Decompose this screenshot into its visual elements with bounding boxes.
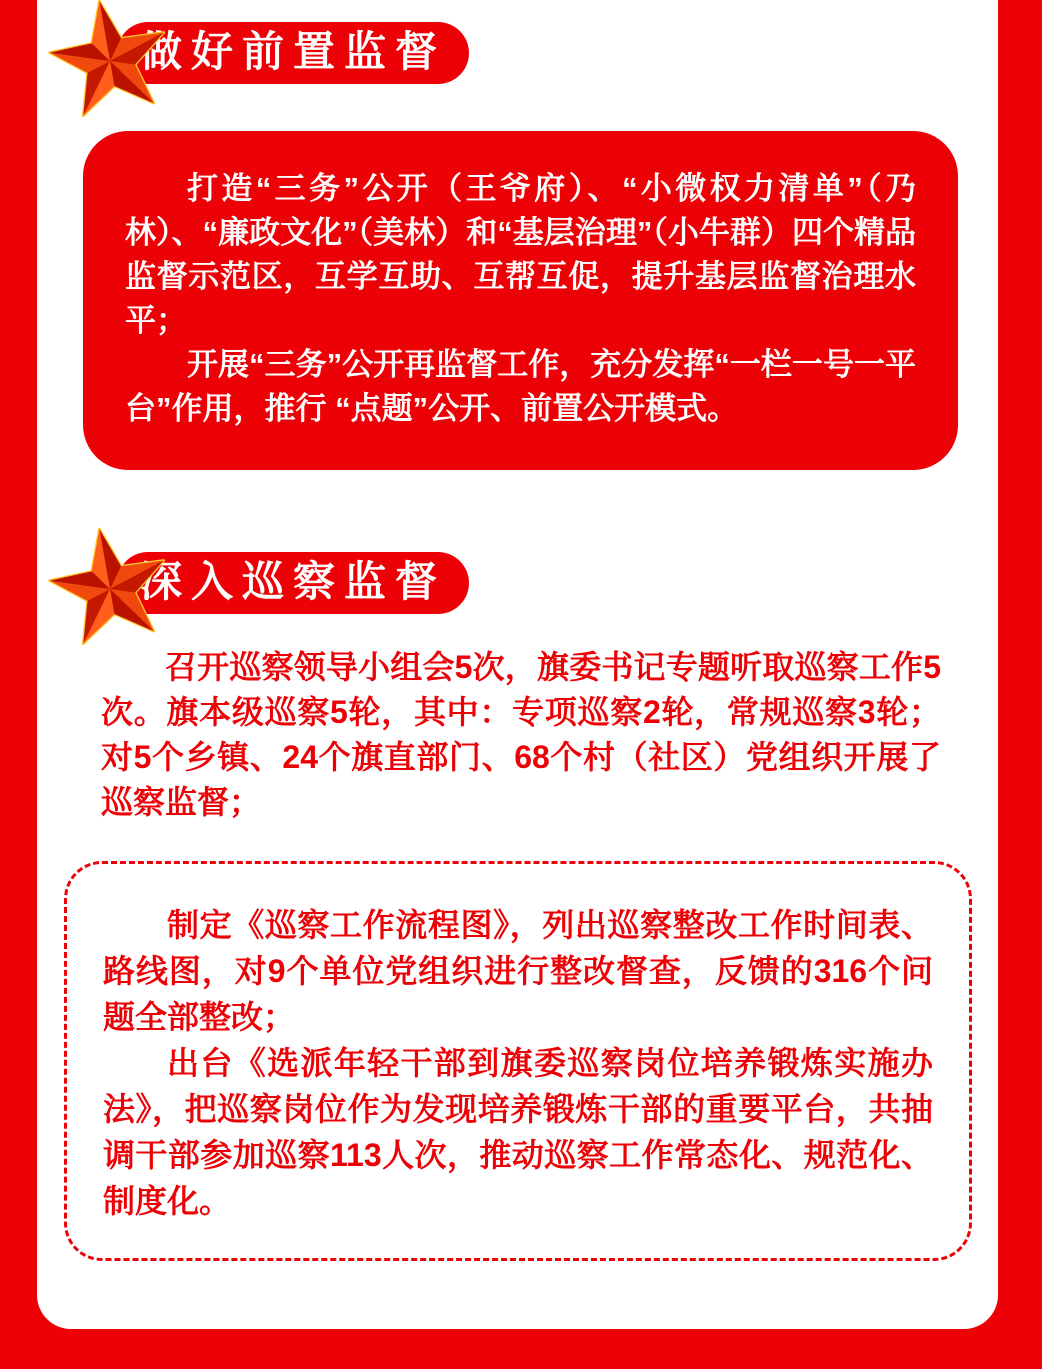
- inspection-dashed-callout: 制定《巡察工作流程图》，列出巡察整改工作时间表、路线图，对9个单位党组织进行整改…: [64, 861, 972, 1261]
- front-supervision-card: 打造“三务”公开（王爷府）、“小微权力清单”（乃林）、“廉政文化”（美林）和“基…: [83, 131, 958, 470]
- star-icon: [39, 0, 181, 132]
- dashed-paragraph: 出台《选派年轻干部到旗委巡察岗位培养锻炼实施办法》，把巡察岗位作为发现培养锻炼干…: [103, 1040, 933, 1224]
- inspection-intro: 召开巡察领导小组会5次，旗委书记专题听取巡察工作5次。旗本级巡察5轮，其中：专项…: [101, 645, 941, 825]
- poster-page: 做好前置监督 打造“三务”公开（王爷府）、“小微权力清单”（乃林）、“廉政文化”…: [0, 0, 1042, 1369]
- content-panel: 做好前置监督 打造“三务”公开（王爷府）、“小微权力清单”（乃林）、“廉政文化”…: [37, 0, 998, 1329]
- card-paragraph: 开展“三务”公开再监督工作，充分发挥“一栏一号一平台”作用，推行 “点题”公开、…: [125, 343, 916, 431]
- star-icon: [39, 518, 181, 660]
- card-paragraph: 打造“三务”公开（王爷府）、“小微权力清单”（乃林）、“廉政文化”（美林）和“基…: [125, 167, 916, 343]
- dashed-paragraph: 制定《巡察工作流程图》，列出巡察整改工作时间表、路线图，对9个单位党组织进行整改…: [103, 902, 933, 1040]
- intro-paragraph: 召开巡察领导小组会5次，旗委书记专题听取巡察工作5次。旗本级巡察5轮，其中：专项…: [101, 645, 941, 825]
- banner-title: 深入巡察监督: [140, 560, 446, 606]
- banner-title: 做好前置监督: [140, 30, 446, 76]
